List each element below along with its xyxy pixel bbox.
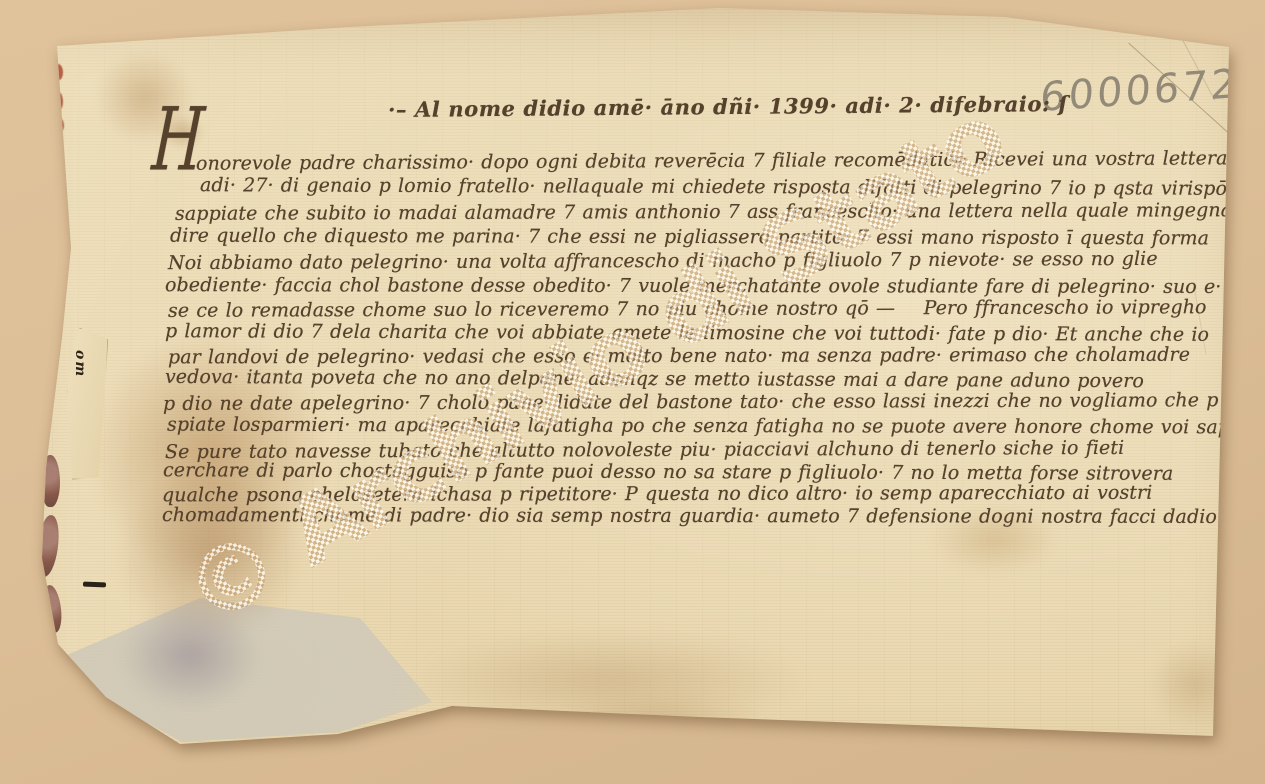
strip-ink-marks: om (72, 350, 88, 378)
paper-sheet: om 6000672 ·– Al nome didio amē· āno dñi… (0, 0, 1265, 784)
wax-mark (54, 64, 63, 80)
paper-shadow-wrap: om 6000672 ·– Al nome didio amē· āno dñi… (0, 0, 1265, 784)
wax-mark (56, 118, 64, 132)
stain-bottom-center-2 (555, 695, 765, 740)
body-line: adi· 27· di genaio p lomio fratello· nel… (200, 174, 1251, 200)
ink-dash (83, 582, 106, 588)
marbled-fragment (34, 514, 62, 578)
manuscript-scan: om 6000672 ·– Al nome didio amē· āno dñi… (0, 0, 1265, 784)
body-line: sappiate che subito io madai alamadre 7 … (175, 199, 1238, 225)
marbled-fragment (42, 455, 60, 507)
body-line: spiate losparmieri· ma aparecchiate lafa… (167, 414, 1261, 439)
archive-number: 6000672 (1039, 61, 1240, 121)
stain-bottom-right (1150, 640, 1240, 730)
body-line: p dio ne date apelegrino· 7 cholo pane· … (163, 389, 1250, 415)
wax-mark (55, 92, 63, 110)
body-line: onorevole padre charissimo· dopo ogni de… (196, 147, 1228, 174)
marbled-fragment (42, 584, 64, 634)
